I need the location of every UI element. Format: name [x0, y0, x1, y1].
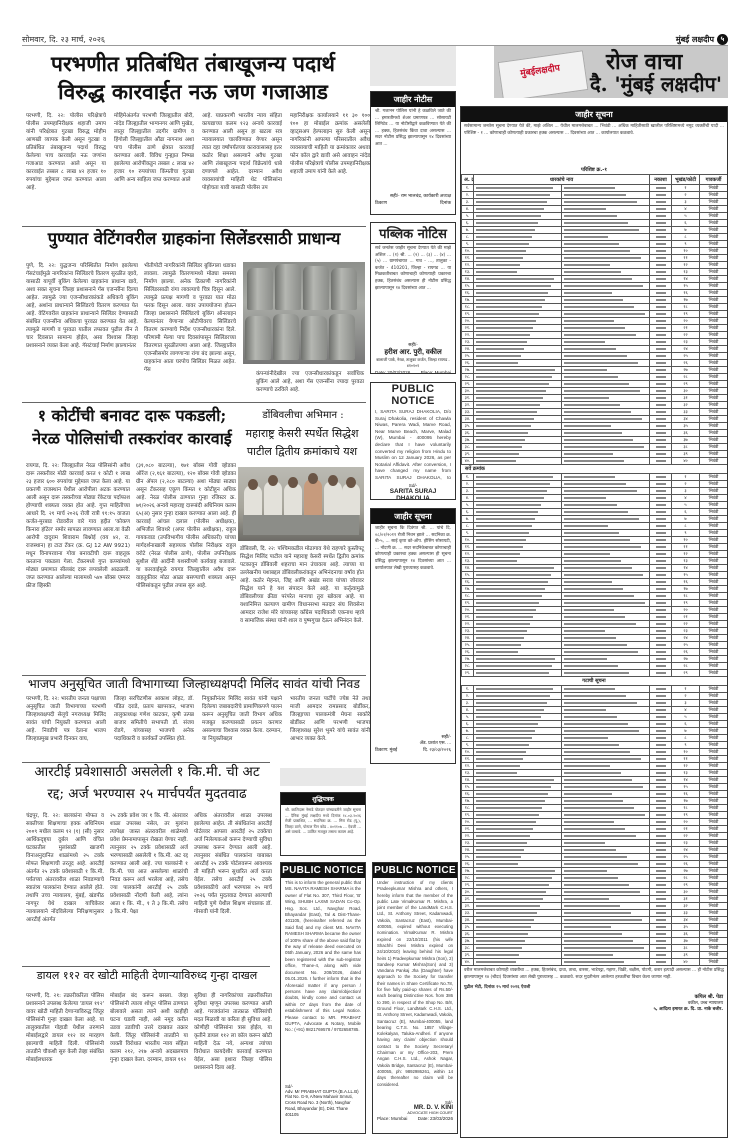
- holder-name-cell: [562, 868, 650, 875]
- village-cell: भिवंडी: [700, 642, 728, 649]
- map-cell: [650, 360, 672, 367]
- map-cell: [650, 318, 672, 325]
- holder-name-cell: [562, 721, 650, 728]
- notice-title: जाहीर सूचना: [371, 509, 455, 524]
- table-row: ६.६भिवंडी: [462, 509, 728, 516]
- serial-cell: १६.: [462, 290, 474, 297]
- village-cell: भिवंडी: [700, 530, 728, 537]
- table-row: ३८.३८भिवंडी: [462, 945, 728, 952]
- holder-name-cell: [562, 409, 650, 416]
- serial-cell: ११.: [462, 544, 474, 551]
- plot-cell: ३६: [672, 430, 700, 437]
- dial112-column-1: परभणी, दि. २१: तक्रारीकरिता पोलिस प्रशास…: [26, 992, 104, 1132]
- village-cell: भिवंडी: [700, 516, 728, 523]
- notice-date: Date: 20/03/2026: [375, 370, 410, 374]
- serial-cell: १९.: [462, 600, 474, 607]
- plot-cell: ६: [672, 509, 700, 516]
- map-cell: [650, 558, 672, 565]
- holder-name-cell: [562, 248, 650, 255]
- plot-cell: २६: [672, 861, 700, 868]
- holder-name-cell: [562, 707, 650, 714]
- holder-name-cell: [562, 861, 650, 868]
- map-cell: [650, 509, 672, 516]
- holder-name-cell: [562, 910, 650, 917]
- holder-name-cell: [474, 770, 562, 777]
- map-cell: [650, 840, 672, 847]
- map-cell: [650, 882, 672, 889]
- plot-cell: ३५: [672, 924, 700, 931]
- village-cell: भिवंडी: [700, 854, 728, 861]
- village-cell: भिवंडी: [700, 700, 728, 707]
- plot-cell: ३४: [672, 917, 700, 924]
- notice-body: सर्व जनतेस जाहीर सूचना देण्यात येते की म…: [371, 244, 455, 342]
- map-cell: [650, 192, 672, 199]
- rte-headline-2: रद्द; अर्ज भरण्यास २५ मार्चपर्यंत मुदतवा…: [22, 787, 272, 802]
- plot-cell: ३२: [672, 903, 700, 910]
- holder-name-cell: [474, 763, 562, 770]
- divider: [22, 226, 366, 227]
- holder-name-cell: [474, 367, 562, 374]
- village-cell: भिवंडी: [700, 670, 728, 677]
- serial-cell: १८.: [462, 304, 474, 311]
- plot-cell: ५: [672, 502, 700, 509]
- holder-name-cell: [562, 430, 650, 437]
- plot-cell: २५: [672, 854, 700, 861]
- schedule-table-2: १.१भिवंडी२.२भिवंडी३.३भिवंडी४.४भिवंडी५.५भ…: [461, 473, 728, 677]
- village-cell: भिवंडी: [700, 451, 728, 458]
- holder-name-cell: [474, 805, 562, 812]
- notice-title: शुद्धिपत्रक: [281, 793, 365, 805]
- village-cell: भिवंडी: [700, 339, 728, 346]
- notice-footer: Place: Mumbai Date: 23/03/2026: [373, 1115, 457, 1124]
- holder-name-cell: [474, 474, 562, 481]
- rte-column-1: चंद्रपूर, दि. २२: बालकांना मोफत व सक्तीच…: [26, 812, 104, 962]
- holder-name-cell: [562, 621, 650, 628]
- table-row: १८.१८भिवंडी: [462, 304, 728, 311]
- table-row: ४.४भिवंडी: [462, 495, 728, 502]
- map-cell: [650, 227, 672, 234]
- holder-name-cell: [474, 686, 562, 693]
- holder-name-cell: [562, 423, 650, 430]
- village-cell: भिवंडी: [700, 430, 728, 437]
- notice-date: दि. २३/०३/२०२६: [423, 747, 451, 753]
- holder-name-cell: [474, 700, 562, 707]
- divider: [22, 675, 366, 676]
- serial-cell: ३.: [462, 199, 474, 206]
- table-row: १९.१९भिवंडी: [462, 812, 728, 819]
- map-cell: [650, 199, 672, 206]
- holder-name-cell: [474, 339, 562, 346]
- map-cell: [650, 812, 672, 819]
- holder-name-cell: [474, 931, 562, 938]
- serial-cell: १०.: [462, 749, 474, 756]
- table-row: २८.२८भिवंडी: [462, 663, 728, 670]
- map-cell: [650, 374, 672, 381]
- holder-name-cell: [562, 297, 650, 304]
- serial-cell: ३२.: [462, 402, 474, 409]
- holder-name-cell: [474, 798, 562, 805]
- serial-cell: ३५.: [462, 423, 474, 430]
- jahir-suchana-notice: जाहीर सूचना जाहीर सूचना कि दिवंगत श्री. …: [370, 508, 456, 764]
- notice-place: Place: Mumbai: [377, 1116, 407, 1121]
- table-row: २४.२४भिवंडी: [462, 635, 728, 642]
- holder-name-cell: [562, 924, 650, 931]
- map-cell: [650, 607, 672, 614]
- map-cell: [650, 917, 672, 924]
- holder-name-cell: [562, 889, 650, 896]
- plot-cell: २९: [672, 381, 700, 388]
- bjp-column-2: जिल्हा सरचिटणीस आकाश लोहट, डॉ. पंडित दरा…: [114, 695, 194, 759]
- plot-cell: १०: [672, 749, 700, 756]
- holder-name-cell: [474, 206, 562, 213]
- holder-name-cell: [562, 791, 650, 798]
- plot-cell: ३७: [672, 938, 700, 945]
- schedule-table-body-3: १.१भिवंडी२.२भिवंडी३.३भिवंडी४.४भिवंडी५.५भ…: [462, 686, 728, 966]
- table-row: १९.१९भिवंडी: [462, 311, 728, 318]
- plot-cell: ७: [672, 227, 700, 234]
- notice-body: श्री. कालिदास नेमाडे पोतदार यांच्यावतीने…: [281, 805, 365, 837]
- serial-cell: २०.: [462, 607, 474, 614]
- serial-cell: १३.: [462, 558, 474, 565]
- village-cell: भिवंडी: [700, 621, 728, 628]
- plot-cell: ५: [672, 213, 700, 220]
- table-row: २७.२७भिवंडी: [462, 656, 728, 663]
- serial-cell: ६.: [462, 721, 474, 728]
- holder-name-cell: [474, 444, 562, 451]
- village-cell: भिवंडी: [700, 523, 728, 530]
- table-row: १८.१८भिवंडी: [462, 805, 728, 812]
- holder-name-cell: [474, 241, 562, 248]
- map-cell: [650, 481, 672, 488]
- map-cell: [650, 416, 672, 423]
- holder-name-cell: [474, 854, 562, 861]
- plot-cell: १५: [672, 572, 700, 579]
- table-row: ५.५भिवंडी: [462, 502, 728, 509]
- village-cell: भिवंडी: [700, 395, 728, 402]
- plot-cell: ७: [672, 728, 700, 735]
- village-cell: भिवंडी: [700, 586, 728, 593]
- map-cell: [650, 388, 672, 395]
- table-row: १०.१०भिवंडी: [462, 749, 728, 756]
- map-cell: [650, 875, 672, 882]
- village-cell: भिवंडी: [700, 579, 728, 586]
- table-row: २०.२०भिवंडी: [462, 819, 728, 826]
- serial-cell: २८.: [462, 663, 474, 670]
- cylinder-headline: पुण्यात वेटिंगवरील ग्राहकांना सिलेंडरसाठ…: [22, 230, 366, 248]
- col-header-holder-name: धारकांचे नाव: [474, 175, 650, 185]
- village-cell: भिवंडी: [700, 255, 728, 262]
- map-cell: [650, 304, 672, 311]
- notice-advocate: हरीश आर. पुरी, वकील: [371, 348, 455, 357]
- holder-name-cell: [562, 896, 650, 903]
- holder-name-cell: [474, 346, 562, 353]
- table-row: २९.२९भिवंडी: [462, 670, 728, 677]
- holder-name-cell: [562, 234, 650, 241]
- tobacco-headline-1: परभणीत प्रतिबंधित तंबाखूजन्य पदार्थ: [22, 52, 364, 76]
- holder-name-cell: [474, 663, 562, 670]
- village-cell: भिवंडी: [700, 819, 728, 826]
- table-row: ८.८भिवंडी: [462, 523, 728, 530]
- map-cell: [650, 656, 672, 663]
- holder-name-cell: [474, 544, 562, 551]
- village-cell: भिवंडी: [700, 185, 728, 192]
- holder-name-cell: [562, 213, 650, 220]
- serial-cell: २४.: [462, 847, 474, 854]
- village-cell: भिवंडी: [700, 805, 728, 812]
- holder-name-cell: [474, 481, 562, 488]
- table-row: ३२.३२भिवंडी: [462, 402, 728, 409]
- village-cell: भिवंडी: [700, 784, 728, 791]
- village-cell: भिवंडी: [700, 889, 728, 896]
- village-cell: भिवंडी: [700, 402, 728, 409]
- table-row: ३०.३०भिवंडी: [462, 889, 728, 896]
- plot-cell: ३: [672, 199, 700, 206]
- map-cell: [650, 931, 672, 938]
- village-cell: भिवंडी: [700, 537, 728, 544]
- map-cell: [650, 586, 672, 593]
- plot-cell: १७: [672, 297, 700, 304]
- holder-name-cell: [562, 558, 650, 565]
- plot-cell: २५: [672, 353, 700, 360]
- map-cell: [650, 346, 672, 353]
- holder-name-cell: [474, 635, 562, 642]
- plot-cell: १०: [672, 248, 700, 255]
- table-row: ११.११भिवंडी: [462, 756, 728, 763]
- plot-cell: १७: [672, 798, 700, 805]
- village-cell: भिवंडी: [700, 318, 728, 325]
- holder-name-cell: [562, 847, 650, 854]
- plot-cell: ३०: [672, 388, 700, 395]
- holder-name-cell: [562, 635, 650, 642]
- holder-name-cell: [474, 353, 562, 360]
- plot-cell: २०: [672, 819, 700, 826]
- village-cell: भिवंडी: [700, 367, 728, 374]
- table-row: २३.२३भिवंडी: [462, 339, 728, 346]
- map-cell: [650, 693, 672, 700]
- map-cell: [650, 537, 672, 544]
- holder-name-cell: [474, 488, 562, 495]
- serial-cell: १.: [462, 185, 474, 192]
- serial-cell: १७.: [462, 586, 474, 593]
- village-cell: भिवंडी: [700, 558, 728, 565]
- map-cell: [650, 614, 672, 621]
- serial-cell: ३१.: [462, 896, 474, 903]
- holder-name-cell: [474, 749, 562, 756]
- liquor-headline-2: नेरळ पोलिसांची तस्करांवर कारवाई: [22, 430, 242, 448]
- plot-cell: २५: [672, 642, 700, 649]
- map-cell: [650, 826, 672, 833]
- holder-name-cell: [474, 819, 562, 826]
- notice-address: ५, आदित्य इमारत क्र. दि. प्रा. नाके बजीर…: [461, 1006, 727, 1012]
- plot-cell: ४: [672, 707, 700, 714]
- plot-cell: २९: [672, 882, 700, 889]
- plot-cell: ५: [672, 714, 700, 721]
- bjp-headline: भाजप अनुसूचित जाती विभागाच्या जिल्हाध्यक…: [22, 678, 366, 692]
- table-row: ४०.४०भिवंडी: [462, 959, 728, 966]
- holder-name-cell: [474, 952, 562, 959]
- plot-cell: २३: [672, 339, 700, 346]
- holder-name-cell: [562, 882, 650, 889]
- holder-name-cell: [474, 910, 562, 917]
- serial-cell: १३.: [462, 269, 474, 276]
- map-cell: [650, 833, 672, 840]
- table-row: ३८.३८भिवंडी: [462, 444, 728, 451]
- ad-placeholder-top: [370, 46, 456, 86]
- plot-cell: ३४: [672, 416, 700, 423]
- public-notice-marathi: पब्लिक नोटिस सर्व जनतेस जाहीर सूचना देण्…: [370, 222, 456, 374]
- notice-address: Flat No. G-9, A/New Mahavir Smruti, Cros…: [281, 1094, 365, 1118]
- table-row: १६.१६भिवंडी: [462, 791, 728, 798]
- holder-name-cell: [562, 670, 650, 677]
- cylinder-photo-caption: कंपन्यांनीदेखील ज्या एजन्सीधारकांकडून सर…: [256, 370, 364, 402]
- village-cell: भिवंडी: [700, 304, 728, 311]
- holder-name-cell: [474, 304, 562, 311]
- village-cell: भिवंडी: [700, 353, 728, 360]
- holder-name-cell: [562, 607, 650, 614]
- village-cell: भिवंडी: [700, 728, 728, 735]
- village-cell: भिवंडी: [700, 686, 728, 693]
- map-cell: [650, 241, 672, 248]
- plot-cell: ३८: [672, 444, 700, 451]
- village-cell: भिवंडी: [700, 600, 728, 607]
- table-row: १४.१४भिवंडी: [462, 777, 728, 784]
- holder-name-cell: [562, 840, 650, 847]
- serial-cell: २.: [462, 693, 474, 700]
- schedule-table-body-2: १.१भिवंडी२.२भिवंडी३.३भिवंडी४.४भिवंडी५.५भ…: [462, 474, 728, 677]
- notice-place: ठिकाण: [375, 200, 387, 206]
- serial-cell: १०.: [462, 537, 474, 544]
- table-row: २२.२२भिवंडी: [462, 621, 728, 628]
- plot-cell: १८: [672, 304, 700, 311]
- notice-body: जाहीर सूचना कि दिवंगत श्री. ... यांचे दि…: [371, 524, 455, 734]
- map-cell: [650, 896, 672, 903]
- holder-name-cell: [474, 579, 562, 586]
- holder-name-cell: [562, 938, 650, 945]
- serial-cell: १३.: [462, 770, 474, 777]
- village-cell: भिवंडी: [700, 437, 728, 444]
- holder-name-cell: [562, 756, 650, 763]
- table-row: २७.२७भिवंडी: [462, 367, 728, 374]
- tobacco-column-4: महानिरीक्षक कार्यालयाने ११ ३० १०० १०० हा…: [290, 112, 370, 200]
- schedule-table-1: अ. क्र. धारकांचे नाव नकाशा भूखंड/कोटी गा…: [461, 174, 728, 465]
- plot-cell: ३५: [672, 423, 700, 430]
- map-cell: [650, 579, 672, 586]
- map-cell: [650, 248, 672, 255]
- plot-cell: ३१: [672, 395, 700, 402]
- corrigendum-notice: शुद्धिपत्रक श्री. कालिदास नेमाडे पोतदार …: [280, 792, 366, 856]
- holder-name-cell: [562, 812, 650, 819]
- plot-cell: १६: [672, 579, 700, 586]
- plot-cell: १४: [672, 565, 700, 572]
- serial-cell: २३.: [462, 628, 474, 635]
- serial-cell: ११.: [462, 756, 474, 763]
- holder-name-cell: [474, 614, 562, 621]
- table-row: ३.३भिवंडी: [462, 700, 728, 707]
- map-cell: [650, 572, 672, 579]
- village-cell: भिवंडी: [700, 826, 728, 833]
- map-cell: [650, 395, 672, 402]
- table-row: १३.१३भिवंडी: [462, 269, 728, 276]
- schedule-table-3: १.१भिवंडी२.२भिवंडी३.३भिवंडी४.४भिवंडी५.५भ…: [461, 685, 728, 966]
- table-row: २४.२४भिवंडी: [462, 346, 728, 353]
- village-cell: भिवंडी: [700, 332, 728, 339]
- village-cell: भिवंडी: [700, 481, 728, 488]
- map-cell: [650, 945, 672, 952]
- serial-cell: ३६.: [462, 931, 474, 938]
- tobacco-headline-2: विरुद्ध कारवाईत नऊ जण गजाआड: [22, 80, 364, 104]
- village-cell: भिवंडी: [700, 360, 728, 367]
- table-row: १६.१६भिवंडी: [462, 579, 728, 586]
- map-cell: [650, 621, 672, 628]
- holder-name-cell: [474, 593, 562, 600]
- village-cell: भिवंडी: [700, 635, 728, 642]
- plot-cell: १०: [672, 537, 700, 544]
- serial-cell: ५.: [462, 714, 474, 721]
- paper-name: मुंबई लक्षदीप ५: [676, 34, 728, 45]
- liquor-column-2: (३१,०८० बाटल्या), १७१ बॉक्स गोवी व्होडका…: [136, 462, 236, 672]
- holder-name-cell: [474, 882, 562, 889]
- map-cell: [650, 952, 672, 959]
- table-row: ३९.३९भिवंडी: [462, 451, 728, 458]
- map-cell: [650, 798, 672, 805]
- map-cell: [650, 670, 672, 677]
- holder-name-cell: [474, 777, 562, 784]
- holder-name-cell: [474, 192, 562, 199]
- plot-cell: १९: [672, 812, 700, 819]
- map-cell: [650, 495, 672, 502]
- serial-cell: ४.: [462, 206, 474, 213]
- notice-footer: Date: 20/03/2026 Place: Mumbai: [371, 369, 455, 374]
- plot-cell: २७: [672, 656, 700, 663]
- holder-name-cell: [562, 770, 650, 777]
- holder-name-cell: [562, 192, 650, 199]
- holder-name-cell: [474, 558, 562, 565]
- map-cell: [650, 770, 672, 777]
- holder-name-cell: [562, 628, 650, 635]
- holder-name-cell: [562, 875, 650, 882]
- serial-cell: १५.: [462, 784, 474, 791]
- serial-cell: १७.: [462, 798, 474, 805]
- holder-name-cell: [562, 339, 650, 346]
- table-row: १५.१५भिवंडी: [462, 283, 728, 290]
- village-cell: भिवंडी: [700, 924, 728, 931]
- serial-cell: १८.: [462, 805, 474, 812]
- section-2-label: सर्वे क्रमांक: [461, 465, 727, 473]
- village-cell: भिवंडी: [700, 847, 728, 854]
- holder-name-cell: [562, 255, 650, 262]
- plot-cell: ९: [672, 241, 700, 248]
- table-row: ३७.३७भिवंडी: [462, 437, 728, 444]
- plot-cell: २७: [672, 868, 700, 875]
- table-row: ३५.३५भिवंडी: [462, 423, 728, 430]
- holder-name-cell: [562, 714, 650, 721]
- kesari-photo-caption: डोंबिवली, दि. २२: पश्चिमकडील मोठागाव येथ…: [240, 545, 364, 675]
- holder-name-cell: [562, 495, 650, 502]
- holder-name-cell: [474, 784, 562, 791]
- holder-name-cell: [562, 551, 650, 558]
- serial-cell: ७.: [462, 227, 474, 234]
- holder-name-cell: [474, 495, 562, 502]
- serial-cell: १०.: [462, 248, 474, 255]
- serial-cell: २६.: [462, 360, 474, 367]
- table-row: २६.२६भिवंडी: [462, 649, 728, 656]
- holder-name-cell: [562, 728, 650, 735]
- village-cell: भिवंडी: [700, 910, 728, 917]
- plot-cell: ११: [672, 255, 700, 262]
- public-notice-schedule: जाहीर सूचना सर्वसामान्य जनतेस सूचना देण्…: [460, 106, 728, 1138]
- holder-name-cell: [562, 374, 650, 381]
- serial-cell: ३३.: [462, 910, 474, 917]
